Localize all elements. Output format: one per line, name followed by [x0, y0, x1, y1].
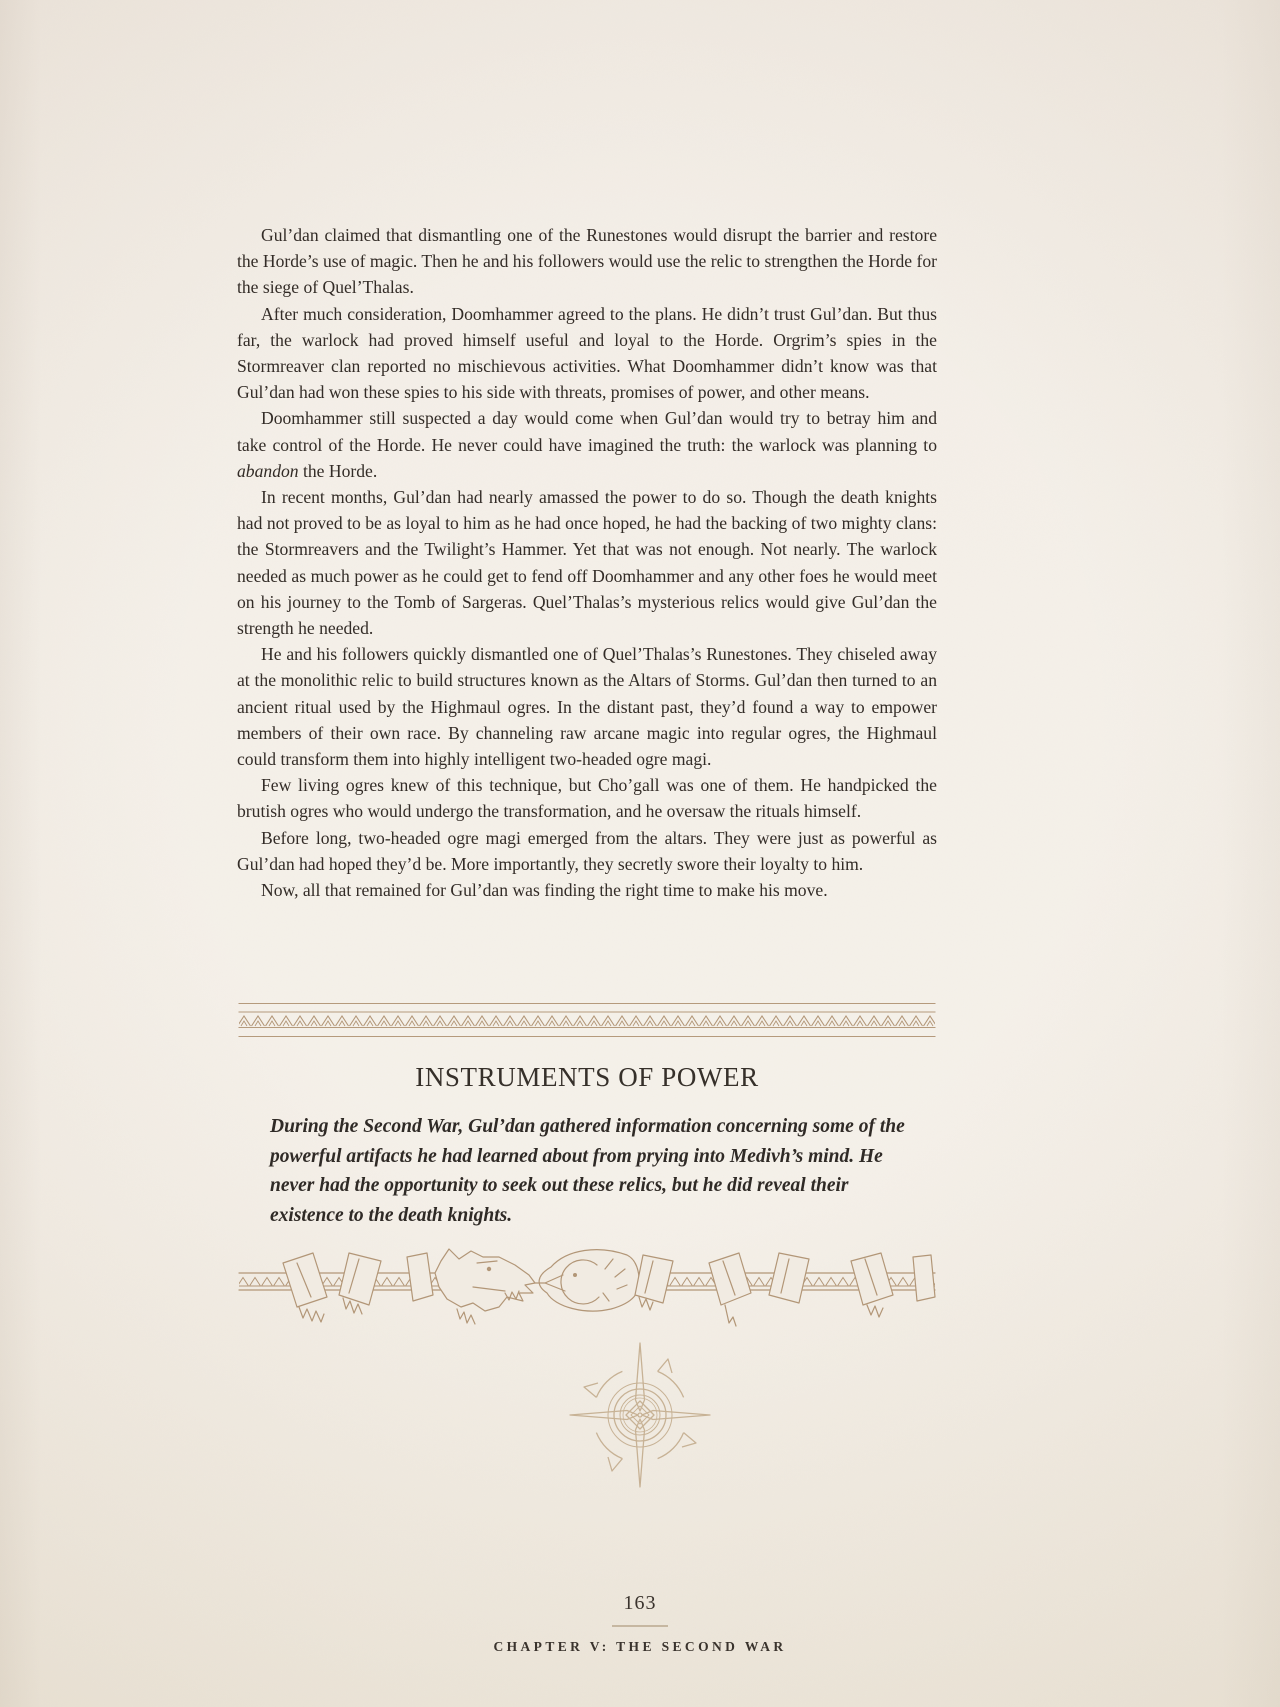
paragraph-text: the Horde. — [299, 461, 378, 481]
paragraph: Now, all that remained for Gul’dan was f… — [237, 877, 937, 903]
feature-title: INSTRUMENTS OF POWER — [237, 1062, 937, 1093]
paragraph-text: Doomhammer still suspected a day would c… — [237, 408, 937, 454]
paragraph: Doomhammer still suspected a day would c… — [237, 405, 937, 484]
chapter-title: CHAPTER V: THE SECOND WAR — [0, 1639, 1280, 1655]
paragraph: Gul’dan claimed that dismantling one of … — [237, 222, 937, 301]
zigzag-band-divider — [237, 1001, 937, 1039]
compass-rose-icon — [567, 1342, 713, 1488]
book-page: Gul’dan claimed that dismantling one of … — [0, 0, 1280, 1707]
paragraph: Few living ogres knew of this technique,… — [237, 772, 937, 824]
page-footer: 163 CHAPTER V: THE SECOND WAR — [0, 1592, 1280, 1655]
compass-rose-ornament — [567, 1342, 713, 1488]
page-number: 163 — [0, 1592, 1280, 1615]
body-text-block: Gul’dan claimed that dismantling one of … — [237, 222, 937, 903]
zigzag-divider-art — [237, 1001, 937, 1039]
beast-border-art — [237, 1243, 937, 1339]
paragraph: Before long, two-headed ogre magi emerge… — [237, 825, 937, 877]
carved-beast-head-border — [237, 1243, 937, 1339]
feature-intro: During the Second War, Gul’dan gathered … — [270, 1112, 920, 1230]
paragraph: After much consideration, Doomhammer agr… — [237, 301, 937, 406]
paragraph: In recent months, Gul’dan had nearly ama… — [237, 484, 937, 641]
footer-rule — [612, 1625, 668, 1627]
paragraph: He and his followers quickly dismantled … — [237, 641, 937, 772]
emphasized-word: abandon — [237, 461, 299, 481]
